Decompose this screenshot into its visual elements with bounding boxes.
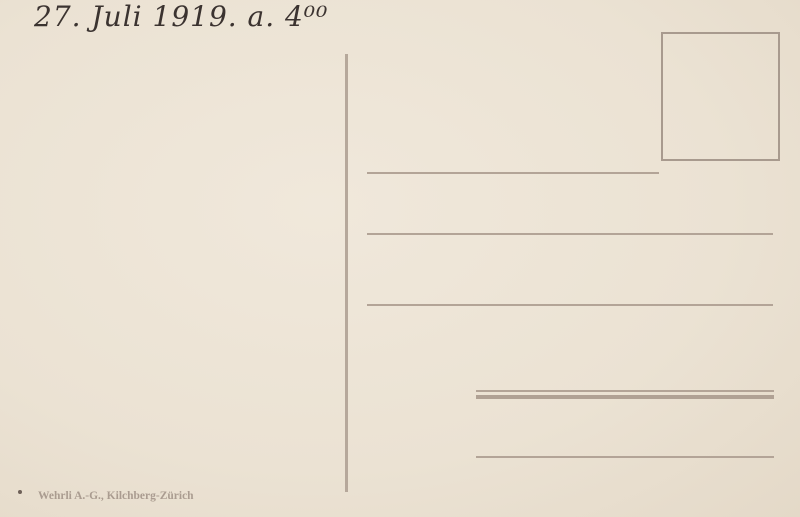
address-line-5 bbox=[476, 456, 774, 458]
address-line-2 bbox=[367, 233, 773, 235]
printer-dot-mark bbox=[18, 490, 22, 494]
center-divider-line bbox=[345, 54, 348, 492]
postcard-back: 27. Juli 1919. a. 4⁰⁰ Wehrli A.-G., Kilc… bbox=[0, 0, 800, 517]
address-line-1 bbox=[367, 172, 659, 174]
stamp-box bbox=[661, 32, 780, 161]
address-line-4-lower bbox=[476, 395, 774, 399]
address-line-3 bbox=[367, 304, 773, 306]
address-line-4-upper bbox=[476, 390, 774, 392]
publisher-imprint: Wehrli A.-G., Kilchberg-Zürich bbox=[38, 490, 194, 502]
handwritten-date: 27. Juli 1919. a. 4⁰⁰ bbox=[34, 0, 328, 33]
